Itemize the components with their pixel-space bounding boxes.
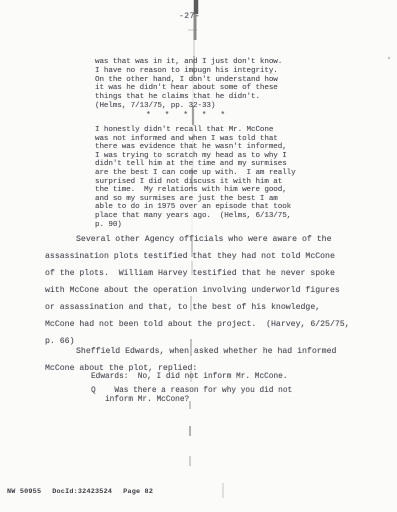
quote-line: was that was in it, and I just don't kno…: [95, 58, 282, 67]
qa-edwards-answer: Edwards: No, I did not inform Mr. McCone…: [91, 373, 288, 382]
quote-line: I honestly didn't recall that Mr. McCone: [95, 126, 296, 135]
body-paragraph-agency-officials: Several other Agency officials who were …: [45, 231, 350, 350]
footer-page-label: Page 82: [123, 488, 153, 496]
body-paragraph-sheffield-edwards: Sheffield Edwards, when asked whether he…: [45, 343, 336, 377]
body-line: or assassination and that, to the best o…: [45, 299, 350, 316]
blockquote-helms-1: was that was in it, and I just don't kno…: [95, 58, 282, 111]
quote-citation: (Helms, 7/13/75, pp. 32-33): [95, 102, 282, 111]
asterisk-separator: * * * * *: [146, 111, 225, 120]
quote-line: place that many years ago. (Helms, 6/13/…: [95, 212, 296, 221]
quote-line: things that he claims that he didn't.: [95, 93, 282, 102]
quote-line: the time. My relations with him were goo…: [95, 186, 296, 195]
quote-line: surprised I did not discuss it with him …: [95, 178, 296, 187]
qa-line: Edwards: No, I did not inform Mr. McCone…: [91, 373, 288, 382]
quote-citation: p. 90): [95, 221, 296, 230]
footer-control-number: NW 50955: [7, 488, 41, 496]
quote-line: it was he didn't hear about some of thes…: [95, 84, 282, 93]
body-line: assassination plots testified that they …: [45, 248, 350, 265]
page-number: -27-: [179, 12, 200, 21]
archival-footer: NW 50955 DocId:32423524 Page 82: [7, 488, 153, 496]
body-line: with McCone about the operation involvin…: [45, 282, 350, 299]
quote-line: are the best I can come up with. I am re…: [95, 169, 296, 178]
quote-line: able to do in 1975 over an episode that …: [95, 203, 296, 212]
document-page: -27- was that was in it, and I just don'…: [0, 0, 397, 512]
body-line: Sheffield Edwards, when asked whether he…: [45, 343, 336, 360]
quote-line: didn't tell him at the time and my surmi…: [95, 160, 296, 169]
qa-line: Q Was there a reason for why you did not: [91, 387, 292, 396]
quote-line: was not informed and when I was told tha…: [95, 135, 296, 144]
blockquote-helms-2: I honestly didn't recall that Mr. McCone…: [95, 126, 296, 229]
body-line: McCone had not been told about the proje…: [45, 316, 350, 333]
footer-doc-id: DocId:32423524: [52, 488, 112, 496]
qa-question: Q Was there a reason for why you did not…: [91, 387, 292, 406]
qa-line: inform Mr. McCone?: [91, 396, 292, 405]
quote-line: I have no reason to impugn his integrity…: [95, 67, 282, 76]
body-line: of the plots. William Harvey testified t…: [45, 265, 350, 282]
quote-line: there was evidence that he wasn't inform…: [95, 143, 296, 152]
body-line: Several other Agency officials who were …: [45, 231, 350, 248]
